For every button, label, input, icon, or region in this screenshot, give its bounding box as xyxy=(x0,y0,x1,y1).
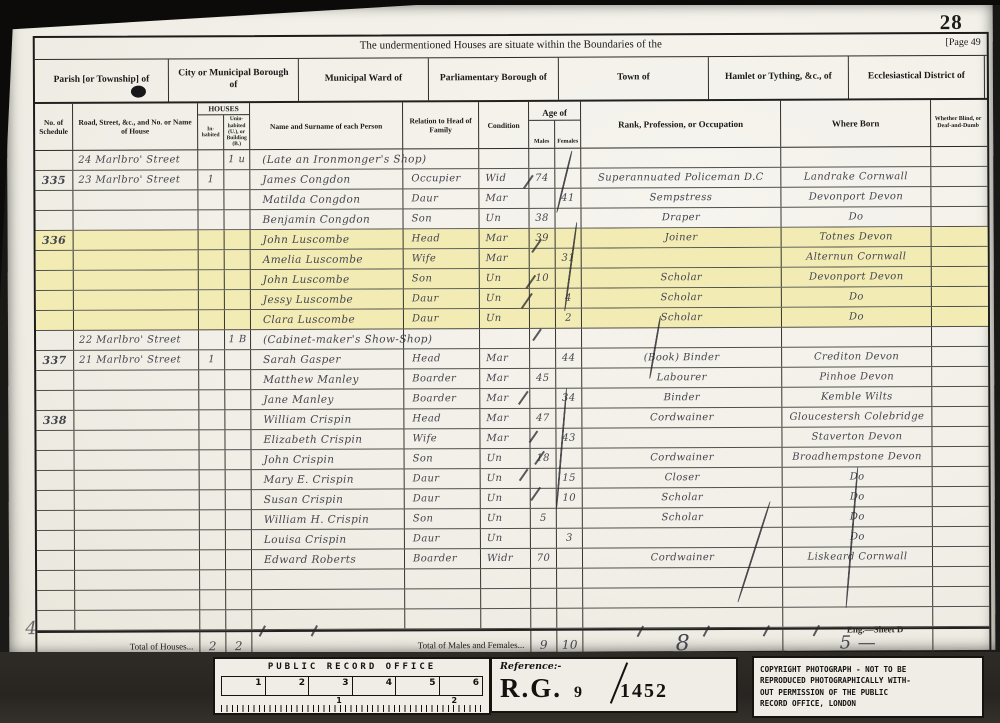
cell-name xyxy=(252,589,405,609)
cell-road xyxy=(74,370,199,390)
census-page: 28 4 The undermentioned Houses are situa… xyxy=(7,2,996,654)
cell-occupation: Scholar xyxy=(583,508,783,528)
cell-blind xyxy=(932,407,986,426)
col-age-males: Males xyxy=(529,121,555,148)
cell-schedule xyxy=(36,311,74,330)
cell-road xyxy=(75,450,200,470)
cell-blind xyxy=(932,287,986,306)
cell-relation: Daur xyxy=(403,189,479,208)
public-record-office-box: PUBLIC RECORD OFFICE 1 2 3 4 5 6 1 2 xyxy=(213,657,491,715)
cell-age_m xyxy=(531,609,557,628)
col-condition: Condition xyxy=(479,102,529,148)
cell-schedule xyxy=(35,191,73,210)
reference-series: R.G. xyxy=(500,673,562,704)
cell-age_m xyxy=(531,529,557,548)
ruler-scale-fine: 1 2 xyxy=(221,695,483,712)
cell-schedule xyxy=(37,551,75,570)
cell-road xyxy=(75,610,200,630)
cell-inhabited xyxy=(198,190,224,209)
cell-blind xyxy=(932,427,986,446)
cell-uninhabited xyxy=(225,310,251,329)
cell-age_m xyxy=(530,309,556,328)
cell-road xyxy=(74,430,199,450)
cell-uninhabited: 1 u xyxy=(224,150,250,169)
cell-uninhabited xyxy=(225,230,251,249)
cell-age_f xyxy=(557,569,583,588)
cell-born: Broadhempstone Devon xyxy=(783,447,933,467)
cell-name: James Congdon xyxy=(250,169,403,189)
cell-name xyxy=(252,609,405,629)
cell-born: Do xyxy=(782,307,932,327)
cell-uninhabited xyxy=(226,530,252,549)
cell-inhabited xyxy=(199,310,225,329)
cell-relation: Boarder xyxy=(405,549,481,568)
cell-name: John Crispin xyxy=(252,449,405,469)
cell-relation xyxy=(404,329,480,348)
cell-age_m: 38 xyxy=(529,209,555,228)
cell-name: Matilda Congdon xyxy=(250,189,403,209)
cell-relation xyxy=(405,609,481,628)
reference-box: Reference:- R.G. 9 1452 xyxy=(490,657,738,713)
cell-blind xyxy=(933,467,987,486)
cell-condition: Un xyxy=(480,309,530,328)
cell-relation: Boarder xyxy=(404,369,480,388)
cell-occupation: Cordwainer xyxy=(583,448,783,468)
census-rows: 24 Marlbro' Street1 u(Late an Ironmonger… xyxy=(35,147,989,631)
cell-schedule xyxy=(36,431,74,450)
cell-born: Pinhoe Devon xyxy=(782,367,932,387)
cell-born: Do xyxy=(782,287,932,307)
cell-blind xyxy=(932,347,986,366)
cell-condition: Mar xyxy=(479,189,529,208)
cell-blind xyxy=(932,387,986,406)
cell-road xyxy=(75,510,200,530)
cell-road xyxy=(74,270,199,290)
cell-age_f xyxy=(557,549,583,568)
cell-road xyxy=(73,190,198,210)
cell-inhabited xyxy=(200,550,226,569)
col-blind: Whether Blind, or Deaf-and-Dumb xyxy=(931,100,985,146)
cell-road xyxy=(75,470,200,490)
cell-relation: Son xyxy=(405,449,481,468)
ruler-number: 2 xyxy=(266,677,310,695)
cell-condition: Un xyxy=(481,529,531,548)
cell-schedule xyxy=(37,491,75,510)
header-ecclesiastical: Ecclesiastical District of xyxy=(849,56,985,99)
col-age-group: Age of Males Females xyxy=(529,102,581,148)
header-town: Town of xyxy=(559,57,709,100)
cell-uninhabited xyxy=(226,450,252,469)
cell-condition: Mar xyxy=(480,349,530,368)
cell-inhabited xyxy=(200,530,226,549)
cell-occupation: Binder xyxy=(582,388,782,408)
cell-relation: Daur xyxy=(405,489,481,508)
cell-blind xyxy=(931,207,985,226)
cell-uninhabited xyxy=(224,210,250,229)
pro-title: PUBLIC RECORD OFFICE xyxy=(215,659,489,676)
cell-relation: Wife xyxy=(404,249,480,268)
cell-occupation xyxy=(583,608,783,628)
film-strip: PUBLIC RECORD OFFICE 1 2 3 4 5 6 1 2 Ref… xyxy=(0,652,1000,723)
cell-road xyxy=(74,390,199,410)
cell-age_f: 31 xyxy=(556,249,582,268)
header-parish: Parish [or Township] of xyxy=(35,59,169,102)
cell-born: Staverton Devon xyxy=(782,427,932,447)
ruler-number: 1 xyxy=(336,696,342,705)
cell-road xyxy=(74,310,199,330)
cell-uninhabited xyxy=(225,390,251,409)
cell-inhabited xyxy=(199,390,225,409)
col-inhabited: In-habited xyxy=(198,115,224,149)
cell-uninhabited xyxy=(226,610,252,629)
cell-blind xyxy=(933,587,987,606)
cell-blind xyxy=(933,567,987,586)
cell-occupation xyxy=(582,248,782,268)
cell-age_f: 3 xyxy=(557,529,583,548)
cell-inhabited: 1 xyxy=(198,170,224,189)
cell-uninhabited xyxy=(225,430,251,449)
header-parl-borough: Parliamentary Borough of xyxy=(429,58,559,101)
cell-occupation: Closer xyxy=(583,468,783,488)
cell-blind xyxy=(933,507,987,526)
col-occupation: Rank, Profession, or Occupation xyxy=(581,101,781,148)
cell-age_m: 47 xyxy=(530,409,556,428)
cell-schedule xyxy=(36,391,74,410)
cell-relation xyxy=(405,589,481,608)
cell-blind xyxy=(932,367,986,386)
cell-inhabited: 1 xyxy=(199,350,225,369)
cell-age_m: 45 xyxy=(530,369,556,388)
cell-uninhabited xyxy=(226,590,252,609)
cell-age_f: 34 xyxy=(556,389,582,408)
cell-schedule: 337 xyxy=(36,351,74,370)
copyright-line: OUT PERMISSION OF THE PUBLIC xyxy=(760,687,976,698)
ruler-number: 5 xyxy=(396,677,440,695)
cell-age_f xyxy=(555,169,581,188)
copyright-line: COPYRIGHT PHOTOGRAPH - NOT TO BE xyxy=(760,664,976,675)
cell-inhabited xyxy=(200,610,226,629)
cell-blind xyxy=(932,307,986,326)
cell-condition: Un xyxy=(481,489,531,508)
cell-age_f xyxy=(556,329,582,348)
cell-name: Benjamin Congdon xyxy=(250,209,403,229)
cell-name: William H. Crispin xyxy=(252,509,405,529)
cell-age_m xyxy=(531,469,557,488)
col-houses-label: HOUSES xyxy=(198,103,249,115)
header-hamlet: Hamlet or Tything, &c., of xyxy=(709,56,849,99)
cell-inhabited xyxy=(199,230,225,249)
cell-blind xyxy=(932,247,986,266)
cell-road xyxy=(74,230,199,250)
cell-age_m: 39 xyxy=(530,229,556,248)
cell-name: Matthew Manley xyxy=(251,369,404,389)
cell-age_f xyxy=(555,209,581,228)
cell-condition: Mar xyxy=(480,369,530,388)
cell-inhabited xyxy=(199,370,225,389)
cell-age_m xyxy=(531,569,557,588)
cell-road xyxy=(74,250,199,270)
cell-road: 23 Marlbro' Street xyxy=(73,170,198,190)
cell-born: Gloucestersh Colebridge xyxy=(782,407,932,427)
ruler-number: 4 xyxy=(353,677,397,695)
cell-road xyxy=(75,590,200,610)
cell-schedule xyxy=(37,471,75,490)
cell-blind xyxy=(931,187,985,206)
copyright-line: RECORD OFFICE, LONDON xyxy=(760,698,976,709)
cell-schedule xyxy=(37,511,75,530)
cell-inhabited xyxy=(198,150,224,169)
cell-inhabited xyxy=(200,570,226,589)
cell-age_f: 10 xyxy=(557,489,583,508)
cell-age_f: 2 xyxy=(556,309,582,328)
cell-blind xyxy=(931,167,985,186)
cell-uninhabited xyxy=(225,370,251,389)
cell-age_m xyxy=(529,149,555,168)
cell-condition xyxy=(480,329,530,348)
cell-condition: Mar xyxy=(480,429,530,448)
cell-age_m xyxy=(530,349,556,368)
cell-name: Elizabeth Crispin xyxy=(251,429,404,449)
cell-inhabited xyxy=(200,590,226,609)
cell-name: Susan Crispin xyxy=(252,489,405,509)
cell-relation: Head xyxy=(404,229,480,248)
ruler-number: 2 xyxy=(452,696,458,705)
cell-road xyxy=(75,570,200,590)
cell-relation: Son xyxy=(405,509,481,528)
cell-inhabited xyxy=(200,490,226,509)
cell-condition: Wid xyxy=(479,169,529,188)
cell-inhabited xyxy=(199,270,225,289)
reference-piece: 9 xyxy=(574,684,582,702)
cell-born: Totnes Devon xyxy=(782,227,932,247)
cell-relation: Boarder xyxy=(404,389,480,408)
cell-occupation: Joiner xyxy=(582,228,782,248)
cell-uninhabited xyxy=(226,570,252,589)
scan-shadow-bar xyxy=(0,0,1000,5)
cell-schedule xyxy=(36,271,74,290)
cell-relation: Wife xyxy=(404,429,480,448)
cell-occupation: Scholar xyxy=(583,488,783,508)
cell-uninhabited xyxy=(226,550,252,569)
cell-schedule: 338 xyxy=(36,411,74,430)
cell-schedule: 336 xyxy=(36,231,74,250)
cell-age_m: 70 xyxy=(531,549,557,568)
cell-name: Louisa Crispin xyxy=(252,529,405,549)
cell-name: Clara Luscombe xyxy=(251,309,404,329)
cell-age_m xyxy=(530,289,556,308)
cell-name: Jessy Luscombe xyxy=(251,289,404,309)
cell-relation: Daur xyxy=(404,289,480,308)
cell-occupation: Sempstress xyxy=(581,188,781,208)
cell-schedule xyxy=(37,531,75,550)
cell-relation: Head xyxy=(404,409,480,428)
cell-road xyxy=(73,210,198,230)
cell-uninhabited xyxy=(226,490,252,509)
cell-name: Jane Manley xyxy=(251,389,404,409)
copyright-box: COPYRIGHT PHOTOGRAPH - NOT TO BE REPRODU… xyxy=(752,656,984,718)
cell-born: Do xyxy=(783,507,933,527)
cell-occupation xyxy=(583,588,783,608)
cell-road xyxy=(74,410,199,430)
cell-uninhabited xyxy=(225,250,251,269)
cell-relation: Head xyxy=(404,349,480,368)
col-road: Road, Street, &c., and No. or Name of Ho… xyxy=(73,103,198,150)
col-born: Where Born xyxy=(781,100,931,147)
cell-occupation: Scholar xyxy=(582,308,782,328)
cell-occupation: Cordwainer xyxy=(582,408,782,428)
cell-age_f xyxy=(557,509,583,528)
cell-name: (Late an Ironmonger's Shop) xyxy=(250,149,403,169)
cell-condition xyxy=(481,569,531,588)
cell-occupation xyxy=(581,148,781,168)
cell-inhabited xyxy=(200,470,226,489)
cell-condition xyxy=(481,589,531,608)
cell-born: Crediton Devon xyxy=(782,347,932,367)
cell-condition xyxy=(479,149,529,168)
cell-schedule xyxy=(36,291,74,310)
cell-age_f: 4 xyxy=(556,289,582,308)
cell-uninhabited xyxy=(225,270,251,289)
cell-road xyxy=(75,530,200,550)
cell-blind xyxy=(933,447,987,466)
cell-occupation: Draper xyxy=(581,208,781,228)
cell-born: Do xyxy=(783,527,933,547)
header-ward: Municipal Ward of xyxy=(299,58,429,101)
col-age-label: Age of xyxy=(529,102,580,120)
cell-condition: Mar xyxy=(480,409,530,428)
cell-schedule xyxy=(35,151,73,170)
cell-blind xyxy=(933,487,987,506)
ruler-scale-inches: 1 2 3 4 5 6 xyxy=(221,676,483,695)
cell-road: 22 Marlbro' Street xyxy=(74,330,199,350)
cell-uninhabited xyxy=(226,510,252,529)
cell-occupation: Superannuated Policeman D.C xyxy=(581,168,781,188)
cell-age_f xyxy=(557,589,583,608)
cell-uninhabited xyxy=(224,170,250,189)
cell-road xyxy=(75,490,200,510)
cell-blind xyxy=(933,607,987,626)
col-schedule: No. of Schedule xyxy=(35,104,73,150)
cell-name: Sarah Gasper xyxy=(251,349,404,369)
cell-born: Do xyxy=(781,207,931,227)
cell-occupation xyxy=(583,528,783,548)
copyright-line: REPRODUCED PHOTOGRAPHICALLY WITH- xyxy=(760,675,976,686)
cell-relation: Son xyxy=(403,209,479,228)
ruler-number: 1 xyxy=(222,677,266,695)
cell-schedule xyxy=(35,211,73,230)
cell-road xyxy=(74,290,199,310)
cell-inhabited xyxy=(199,250,225,269)
cell-occupation xyxy=(582,328,782,348)
col-uninhabited: Unin-habited (U.), or Building (B.) xyxy=(224,115,249,149)
cell-condition: Widr xyxy=(481,549,531,568)
cell-blind xyxy=(932,327,986,346)
cell-born: Devonport Devon xyxy=(782,267,932,287)
cell-road xyxy=(75,550,200,570)
cell-age_m xyxy=(531,589,557,608)
cell-age_m: 74 xyxy=(529,169,555,188)
cell-schedule xyxy=(36,331,74,350)
cell-occupation: (Book) Binder xyxy=(582,348,782,368)
cell-inhabited xyxy=(199,330,225,349)
district-header-row: Parish [or Township] of City or Municipa… xyxy=(35,56,987,104)
cell-road: 24 Marlbro' Street xyxy=(73,150,198,170)
cell-occupation: Scholar xyxy=(582,268,782,288)
col-relation: Relation to Head of Family xyxy=(403,102,479,148)
cell-inhabited xyxy=(199,430,225,449)
cell-inhabited xyxy=(200,450,226,469)
sheet-footnote: Eng.—Sheet D xyxy=(847,624,904,634)
cell-born: Landrake Cornwall xyxy=(781,167,931,187)
cell-name: John Luscombe xyxy=(251,229,404,249)
cell-born xyxy=(783,587,933,607)
cell-uninhabited xyxy=(226,470,252,489)
cell-age_f xyxy=(557,609,583,628)
cell-age_f xyxy=(556,409,582,428)
reference-item: 1452 xyxy=(620,680,668,703)
cell-born xyxy=(782,327,932,347)
col-name: Name and Surname of each Person xyxy=(250,102,403,149)
ruler-number: 6 xyxy=(440,677,483,695)
cell-born xyxy=(783,567,933,587)
cell-relation: Occupier xyxy=(403,169,479,188)
cell-condition: Un xyxy=(479,209,529,228)
cell-born: Alternun Cornwall xyxy=(782,247,932,267)
col-age-females: Females xyxy=(555,120,580,147)
ink-blot xyxy=(131,86,146,98)
cell-born: Liskeard Cornwall xyxy=(783,547,933,567)
cell-age_m: 5 xyxy=(531,509,557,528)
cell-condition xyxy=(481,609,531,628)
cell-schedule xyxy=(36,371,74,390)
cell-condition: Un xyxy=(481,509,531,528)
cell-inhabited xyxy=(198,210,224,229)
cell-condition: Mar xyxy=(480,249,530,268)
cell-relation: Daur xyxy=(405,469,481,488)
cell-name: (Cabinet-maker's Show-Shop) xyxy=(251,329,404,349)
cell-blind xyxy=(931,147,985,166)
cell-schedule xyxy=(37,591,75,610)
cell-relation: Daur xyxy=(405,529,481,548)
cell-uninhabited xyxy=(225,290,251,309)
cell-uninhabited xyxy=(225,350,251,369)
cell-age_m xyxy=(530,389,556,408)
cell-name: John Luscombe xyxy=(251,269,404,289)
cell-name xyxy=(252,569,405,589)
cell-age_f: 44 xyxy=(556,349,582,368)
cell-name: William Crispin xyxy=(251,409,404,429)
reference-label: Reference:- xyxy=(500,661,728,672)
cell-occupation xyxy=(582,428,782,448)
cell-age_m xyxy=(529,189,555,208)
cell-blind xyxy=(932,267,986,286)
cell-condition: Mar xyxy=(480,229,530,248)
cell-name: Amelia Luscombe xyxy=(251,249,404,269)
table-title: The undermentioned Houses are situate wi… xyxy=(35,37,987,53)
cell-schedule xyxy=(37,451,75,470)
cell-condition: Un xyxy=(480,269,530,288)
cell-relation: Daur xyxy=(404,309,480,328)
cell-schedule xyxy=(37,571,75,590)
cell-uninhabited xyxy=(225,410,251,429)
cell-inhabited xyxy=(199,410,225,429)
cell-blind xyxy=(933,527,987,546)
cell-name: Mary E. Crispin xyxy=(252,469,405,489)
cell-occupation: Labourer xyxy=(582,368,782,388)
cell-blind xyxy=(932,227,986,246)
cell-born: Devonport Devon xyxy=(781,187,931,207)
cell-uninhabited xyxy=(224,190,250,209)
